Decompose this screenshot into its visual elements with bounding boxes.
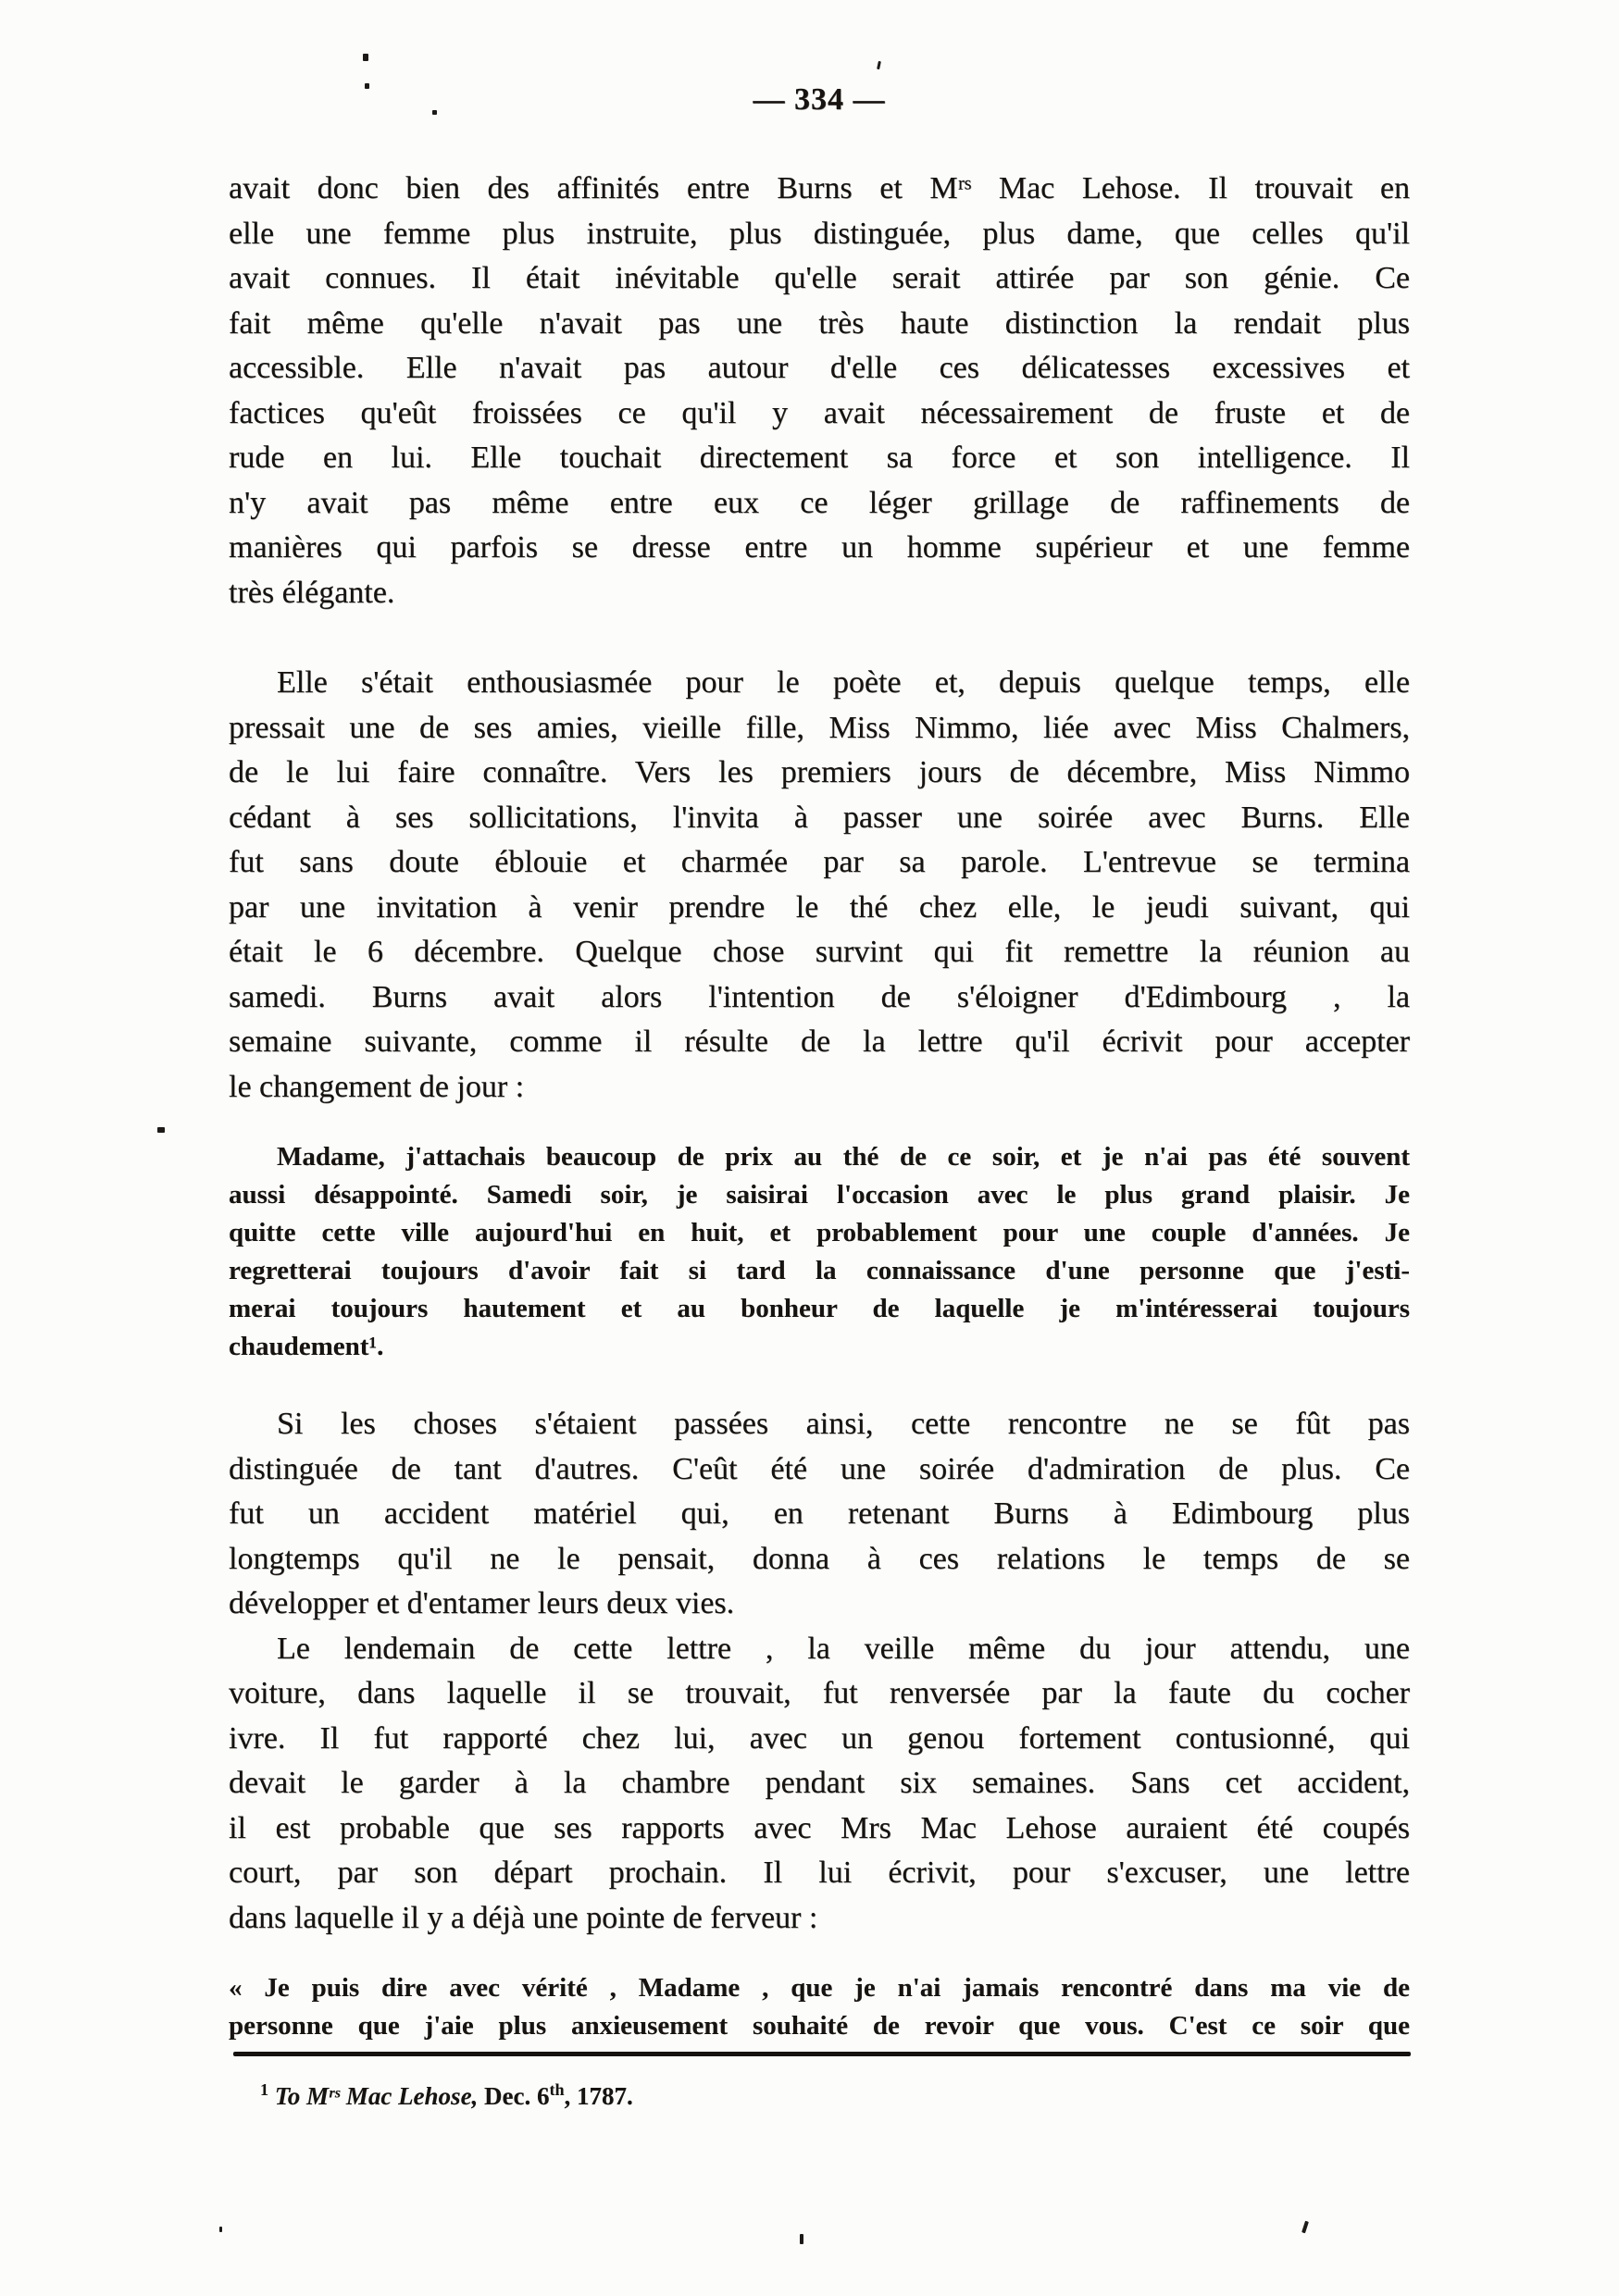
text-line: pressait une de ses amies, vieille fille… bbox=[229, 706, 1410, 751]
text-line: regretterai toujours d'avoir fait si tar… bbox=[229, 1252, 1410, 1290]
text-line: merai toujours hautement et au bonheur d… bbox=[229, 1290, 1410, 1328]
text-line: Le lendemain de cette lettre , la veille… bbox=[229, 1627, 1410, 1672]
text-line: il est probable que ses rapports avec Mr… bbox=[229, 1806, 1410, 1852]
text-block: avait donc bien des affinités entre Burn… bbox=[229, 167, 1410, 2045]
book-page-scan: — 334 — avait donc bien des affinités en… bbox=[0, 0, 1619, 2296]
text-line: n'y avait pas même entre eux ce léger gr… bbox=[229, 481, 1410, 527]
text-line: par une invitation à venir prendre le th… bbox=[229, 886, 1410, 931]
scan-speck bbox=[800, 2234, 803, 2244]
text-line: ivre. Il fut rapporté chez lui, avec un … bbox=[229, 1717, 1410, 1762]
text-line: de le lui faire connaître. Vers les prem… bbox=[229, 751, 1410, 796]
footnote: 1 To Mʳˢ Mac Lehose, Dec. 6th, 1787. bbox=[229, 2080, 1410, 2112]
text-line: distinguée de tant d'autres. C'eût été u… bbox=[229, 1447, 1410, 1493]
text-line: Madame, j'attachais beaucoup de prix au … bbox=[229, 1138, 1410, 1176]
scan-speck bbox=[432, 110, 437, 115]
text-line: très élégante. bbox=[229, 571, 1410, 616]
body-paragraph: Le lendemain de cette lettre , la veille… bbox=[229, 1627, 1410, 1942]
text-line: chaudement¹. bbox=[229, 1328, 1410, 1366]
text-line: le changement de jour : bbox=[229, 1065, 1410, 1111]
text-line: samedi. Burns avait alors l'intention de… bbox=[229, 975, 1410, 1021]
text-line: accessible. Elle n'avait pas autour d'el… bbox=[229, 346, 1410, 391]
text-line: court, par son départ prochain. Il lui é… bbox=[229, 1851, 1410, 1896]
scan-speck bbox=[219, 2227, 222, 2232]
text-line: avait donc bien des affinités entre Burn… bbox=[229, 167, 1410, 212]
text-line: longtemps qu'il ne le pensait, donna à c… bbox=[229, 1537, 1410, 1582]
text-line: quitte cette ville aujourd'hui en huit, … bbox=[229, 1214, 1410, 1252]
body-paragraph: avait donc bien des affinités entre Burn… bbox=[229, 167, 1410, 615]
text-line: devait le garder à la chambre pendant si… bbox=[229, 1761, 1410, 1806]
text-line: « Je puis dire avec vérité , Madame , qu… bbox=[229, 1969, 1410, 2007]
body-paragraph: Elle s'était enthousiasmée pour le poète… bbox=[229, 661, 1410, 1110]
text-line: semaine suivante, comme il résulte de la… bbox=[229, 1020, 1410, 1065]
scan-speck bbox=[1301, 2221, 1309, 2234]
text-line: avait connues. Il était inévitable qu'el… bbox=[229, 256, 1410, 302]
text-line: voiture, dans laquelle il se trouvait, f… bbox=[229, 1671, 1410, 1717]
footnote-date: Dec. 6th, 1787. bbox=[484, 2082, 633, 2110]
text-line: fait même qu'elle n'avait pas une très h… bbox=[229, 302, 1410, 347]
text-line: fut un accident matériel qui, en retenan… bbox=[229, 1492, 1410, 1537]
scan-speck bbox=[363, 54, 368, 61]
page-number: — 334 — bbox=[229, 81, 1410, 118]
footnote-rule bbox=[233, 2052, 1411, 2056]
text-line: elle une femme plus instruite, plus dist… bbox=[229, 212, 1410, 257]
scan-speck bbox=[365, 83, 369, 89]
text-line: manières qui parfois se dresse entre un … bbox=[229, 526, 1410, 571]
text-line: Elle s'était enthousiasmée pour le poète… bbox=[229, 661, 1410, 706]
text-line: Si les choses s'étaient passées ainsi, c… bbox=[229, 1402, 1410, 1447]
text-line: dans laquelle il y a déjà une pointe de … bbox=[229, 1896, 1410, 1942]
letter-quote-paragraph: Madame, j'attachais beaucoup de prix au … bbox=[229, 1138, 1410, 1366]
text-line: rude en lui. Elle touchait directement s… bbox=[229, 436, 1410, 481]
text-line: développer et d'entamer leurs deux vies. bbox=[229, 1582, 1410, 1627]
footnote-marker: 1 bbox=[260, 2080, 268, 2099]
text-line: personne que j'aie plus anxieusement sou… bbox=[229, 2007, 1410, 2045]
text-line: était le 6 décembre. Quelque chose survi… bbox=[229, 930, 1410, 975]
text-line: factices qu'eût froissées ce qu'il y ava… bbox=[229, 391, 1410, 437]
text-line: cédant à ses sollicitations, l'invita à … bbox=[229, 796, 1410, 841]
footnote-work-title: To Mʳˢ Mac Lehose, bbox=[275, 2082, 479, 2110]
scan-speck bbox=[157, 1127, 165, 1133]
text-line: aussi désappointé. Samedi soir, je saisi… bbox=[229, 1176, 1410, 1214]
letter-quote-paragraph: « Je puis dire avec vérité , Madame , qu… bbox=[229, 1969, 1410, 2045]
text-line: fut sans doute éblouie et charmée par sa… bbox=[229, 840, 1410, 886]
body-paragraph: Si les choses s'étaient passées ainsi, c… bbox=[229, 1402, 1410, 1627]
scan-speck bbox=[877, 61, 881, 69]
